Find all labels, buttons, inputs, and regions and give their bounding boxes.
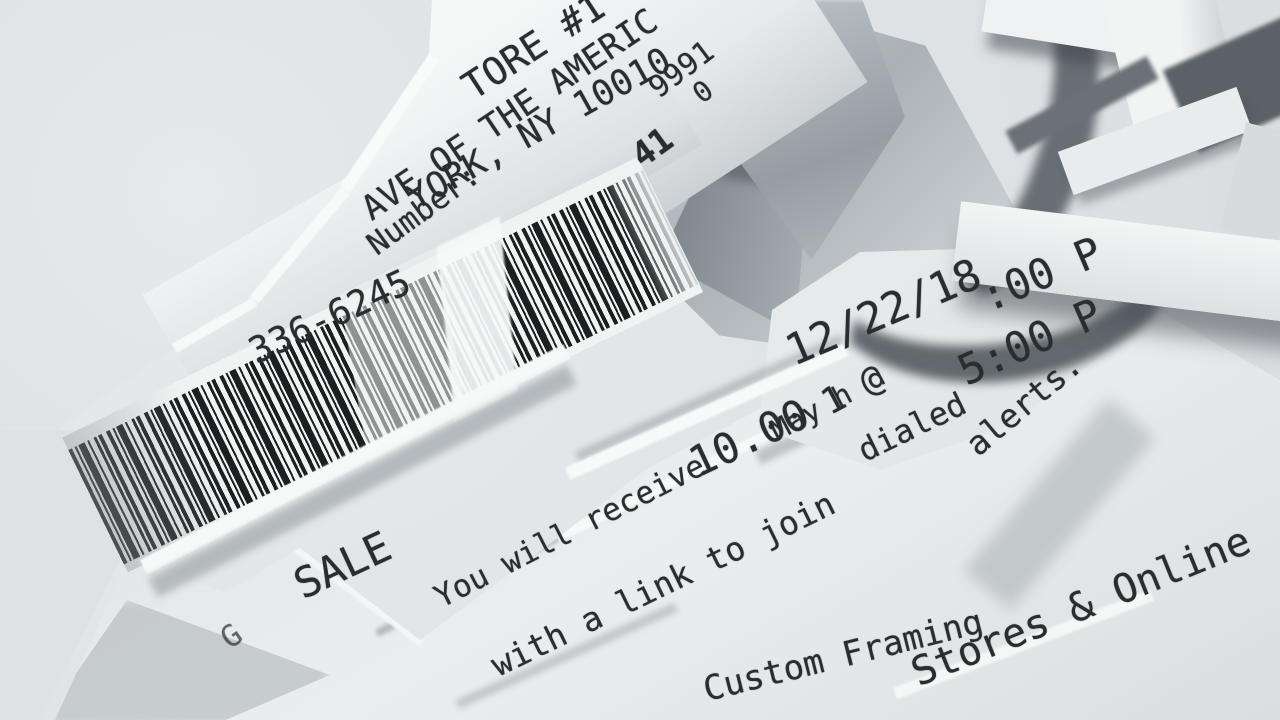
photo-canvas: TORE #1 AVE OF THE AMERIC YORK, NY 10010…	[0, 0, 1280, 720]
shredded-strip	[1220, 122, 1280, 243]
